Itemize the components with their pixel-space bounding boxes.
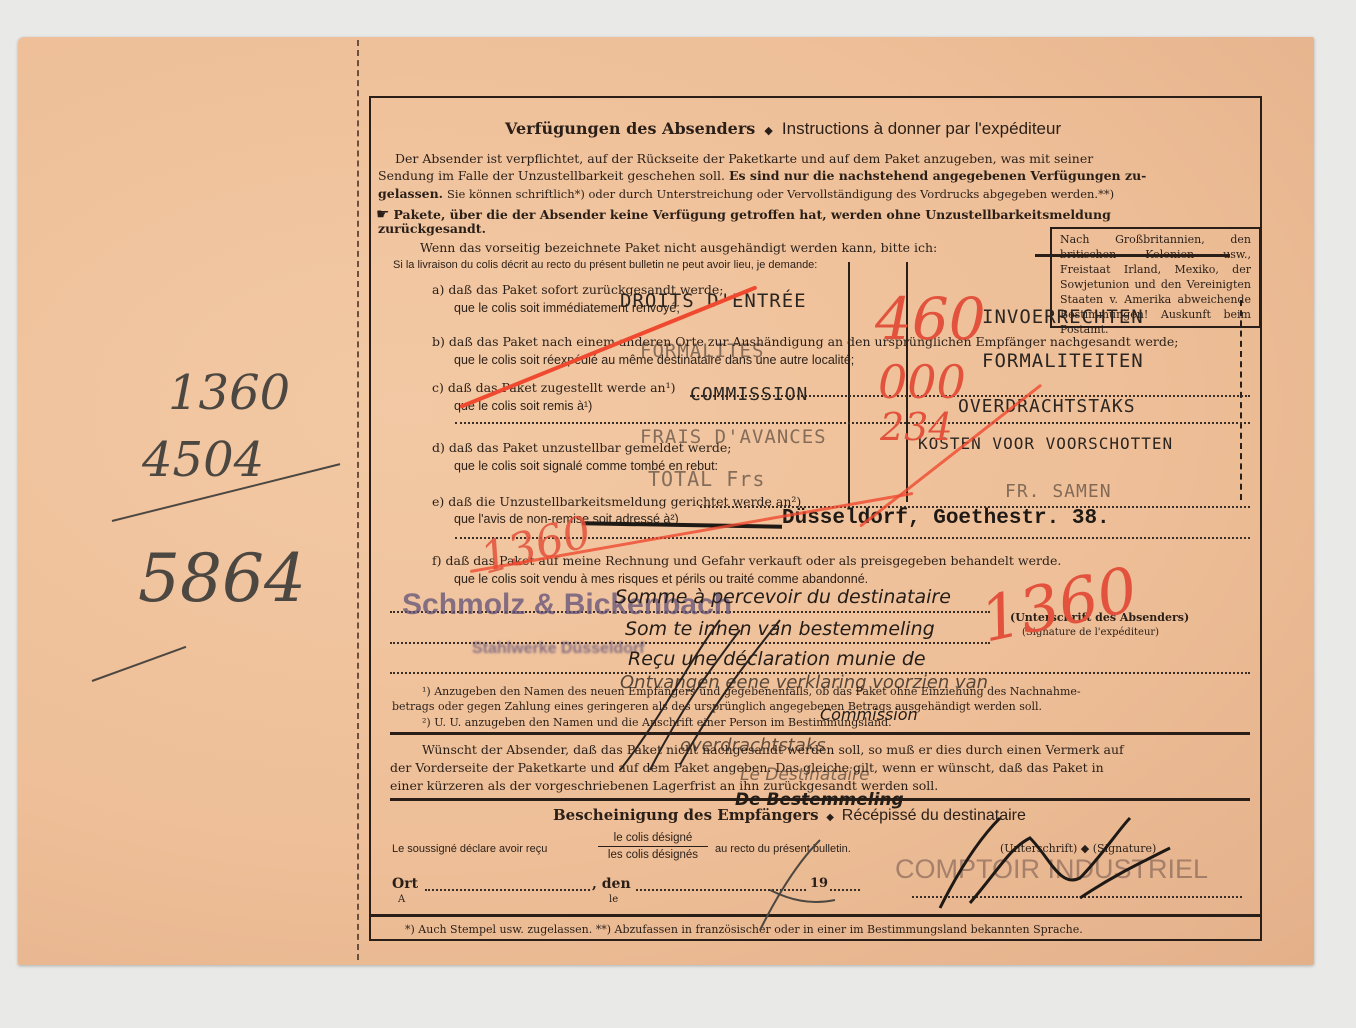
option-c-line2 (455, 422, 1250, 424)
stamp-invoerrechten: INVOERRECHTEN (982, 306, 1144, 328)
option-d-letter: d) (432, 440, 445, 455)
red-amount-3: 234 (880, 405, 953, 449)
header-title: Verfügungen des Absenders ◆ Instructions… (505, 119, 1061, 139)
den-label: , den (592, 876, 631, 892)
diamond-icon: ◆ (764, 124, 772, 137)
pencil-line2: 4504 (142, 432, 264, 488)
intro-line5: zurückgesandt. (378, 221, 486, 236)
ort-label: Ort (392, 876, 418, 892)
stamp-right-edge (1240, 300, 1244, 500)
intro-line1: Der Absender ist verpflichtet, auf der R… (395, 151, 1093, 166)
stamp-frais: FRAIS D'AVANCES (640, 426, 827, 448)
request-de: Wenn das vorseitig bezeichnete Paket nic… (420, 240, 937, 255)
red-amount-1: 460 (875, 285, 986, 353)
den-label-fr: le (609, 894, 618, 905)
option-c-de-text: daß das Paket zugestellt werde an¹) (448, 380, 676, 395)
perforation-line (357, 40, 359, 960)
stamp-fr-samen: FR. SAMEN (1005, 481, 1112, 502)
intro-line2: Sendung im Falle der Unzustellbarkeit ge… (378, 168, 1146, 183)
stamp-top-bar (1035, 254, 1230, 257)
stamp-formaliteiten: FORMALITEITEN (982, 350, 1144, 372)
request-fr: Si la livraison du colis décrit au recto… (393, 259, 817, 271)
option-e-letter: e) (432, 494, 444, 509)
option-a-letter: a) (432, 282, 444, 297)
fraction-bottom: les colis désignés (598, 849, 708, 861)
stamp-droits: DROITS D'ENTRÉE (620, 290, 807, 312)
ort-field[interactable] (425, 889, 590, 891)
receipt-declare: Le soussigné déclare avoir reçu (392, 843, 547, 855)
pencil-x-mark (740, 830, 850, 940)
stamp-formalites: FORMALITÉS (640, 340, 764, 362)
title-fr: Instructions à donner par l'expéditeur (782, 119, 1061, 138)
option-c-de: c) daß das Paket zugestellt werde an¹) (432, 380, 675, 395)
ink-signature-scribble (600, 600, 800, 780)
option-f-letter: f) (432, 553, 442, 568)
intro-line4: ☛ Pakete, über die der Absender keine Ve… (376, 205, 1111, 223)
ort-label-fr: A (398, 894, 405, 905)
receipt-signature-scribble (930, 808, 1190, 918)
fraction-top: le colis désigné (598, 832, 708, 844)
diamond-icon: ◆ (826, 812, 834, 823)
intro-line3-bold: gelassen. (378, 186, 443, 201)
intro-line4-text: Pakete, über die der Absender keine Verf… (393, 207, 1110, 222)
intro-line3-normal: Sie können schriftlich*) oder durch Unte… (447, 187, 1114, 201)
pencil-line1: 1360 (168, 365, 290, 421)
typed-address: Düsseldorf, Goethestr. 38. (782, 507, 1110, 530)
title-de: Verfügungen des Absenders (505, 119, 755, 138)
option-b-de: b) daß das Paket nach einem anderen Orte… (432, 334, 1178, 349)
pencil-total: 5864 (138, 540, 306, 617)
intro-line2-bold: Es sind nur die nachstehend angegebenen … (729, 168, 1146, 183)
option-b-letter: b) (432, 334, 445, 349)
red-amount-2: 000 (878, 355, 966, 409)
option-c-letter: c) (432, 380, 444, 395)
receipt-fraction: le colis désigné les colis désignés (598, 832, 708, 861)
intro-line3: gelassen. Sie können schriftlich*) oder … (378, 186, 1114, 201)
stamp-de-bestemmeling: De Bestemmeling (735, 790, 904, 810)
fraction-bar (598, 846, 708, 847)
stamp-overdrachtstaks: OVERDRACHTSTAKS (958, 396, 1136, 417)
intro-line2-normal: Sendung im Falle der Unzustellbarkeit ge… (378, 168, 725, 183)
option-b-de-text: daß das Paket nach einem anderen Orte zu… (449, 334, 1179, 349)
stamp-commission: COMMISSION (690, 384, 808, 405)
stamp-total: TOTAL Frs (648, 467, 765, 491)
stamp-commission-2: Commission (820, 705, 918, 724)
